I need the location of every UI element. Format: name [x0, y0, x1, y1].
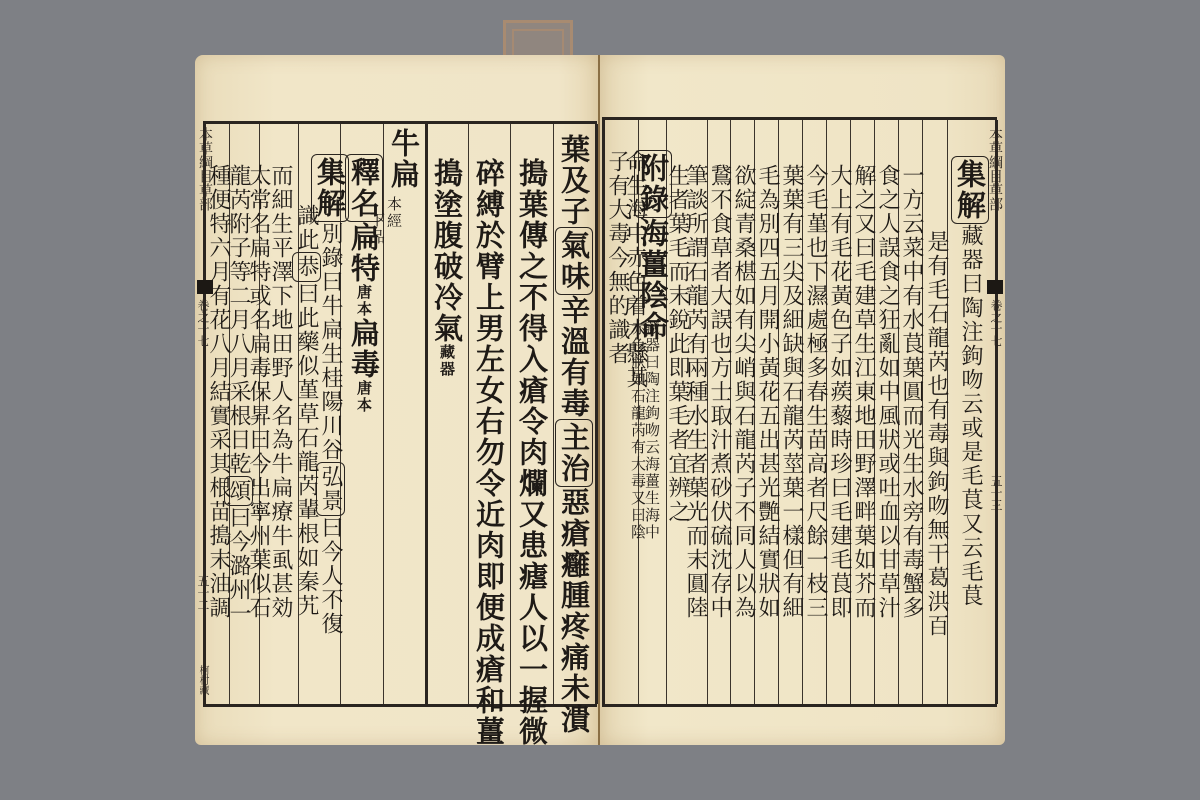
entry-classification: 本經 — [386, 196, 401, 230]
text-column: 鵞不食草者大誤也方士取汁煮砂伏硫沈存中 — [708, 164, 730, 620]
entry-title: 牛扁 — [389, 128, 418, 190]
text-column: 而細生平澤下地田野人名為牛扁療牛虱甚効 — [269, 164, 291, 620]
text-column: 食之人誤食之狂亂如中風狀或吐血以甘草汁 — [876, 164, 898, 620]
text-column: 種便特六月有花八月結實采其根苗搗末油調 — [207, 164, 229, 620]
text-column: 搗塗腹破冷氣藏器 — [432, 158, 461, 378]
text-column: 今毛堇也下濕處極多春生苗高者尺餘一枝三 — [804, 164, 826, 620]
text-column: 搗葉傳之不得入瘡令肉爛又患瘧人以一握微 — [517, 158, 546, 747]
text-column: 大上有毛花黃色子如蒺藜時珍曰毛建毛茛即 — [828, 164, 850, 620]
margin-page-number: 五十二 — [195, 575, 212, 611]
text-column: 識此恭曰此藥似堇草石龍芮輩根如秦艽 — [295, 204, 317, 618]
text-column: 子有大毒今無的識者 — [606, 150, 628, 366]
text-column: 葉及子氣味辛溫有毒主治惡瘡癰腫疼痛未潰 — [559, 134, 588, 735]
margin-volume: 卷之十七 — [195, 299, 212, 347]
margin-book-title: 本草綱目草部 — [985, 127, 1005, 211]
text-column: 一方云菜中有水茛葉圓而光生水旁有毒蟹多 — [900, 164, 922, 620]
left-page: 葉及子氣味辛溫有毒主治惡瘡癰腫疼痛未潰 搗葉傳之不得入瘡令肉爛又患瘧人以一握微 … — [195, 55, 599, 745]
text-column: 碎縛於臂上男左女右勿令近肉即便成瘡和薑 — [474, 158, 503, 747]
text-column: 解之又曰毛建草生江東地田野澤畔葉如芥而 — [852, 164, 874, 620]
margin-book-title: 本草綱目草部 — [195, 127, 215, 211]
section-jijie: 集解別錄曰牛扁生桂陽川谷弘景曰今人不復 — [315, 154, 344, 636]
text-column: 是有毛石龍芮也有毒與鉤吻無干葛洪百 — [925, 230, 947, 638]
margin-footer: 柯村藏 — [195, 665, 210, 695]
fishtail-mark — [987, 280, 1003, 294]
right-text-frame: 集解藏器曰陶注鉤吻云或是毛茛又云毛茛 是有毛石龍芮也有毒與鉤吻無干葛洪百 一方云… — [602, 117, 997, 707]
margin-volume: 卷之十七 — [988, 299, 1005, 347]
margin-page-number: 五十三 — [988, 475, 1005, 511]
text-column: 葉葉有三尖及細缺與石龍芮莖葉一樣但有細 — [780, 164, 802, 620]
left-text-frame: 葉及子氣味辛溫有毒主治惡瘡癰腫疼痛未潰 搗葉傳之不得入瘡令肉爛又患瘧人以一握微 … — [203, 121, 597, 707]
right-page: 集解藏器曰陶注鉤吻云或是毛茛又云毛茛 是有毛石龍芮也有毒與鉤吻無干葛洪百 一方云… — [600, 55, 1005, 745]
text-column: 毛為別四五月開小黃花五出甚光艷結實狀如 — [756, 164, 778, 620]
fishtail-mark — [197, 280, 213, 294]
section-jijie: 集解藏器曰陶注鉤吻云或是毛茛又云毛茛 — [955, 156, 984, 608]
section-shiming: 釋名扁特唐本扁毒唐本 — [349, 154, 378, 414]
text-column: 欲綻青桑椹如有尖峭與石龍芮子不同人以為 — [732, 164, 754, 620]
